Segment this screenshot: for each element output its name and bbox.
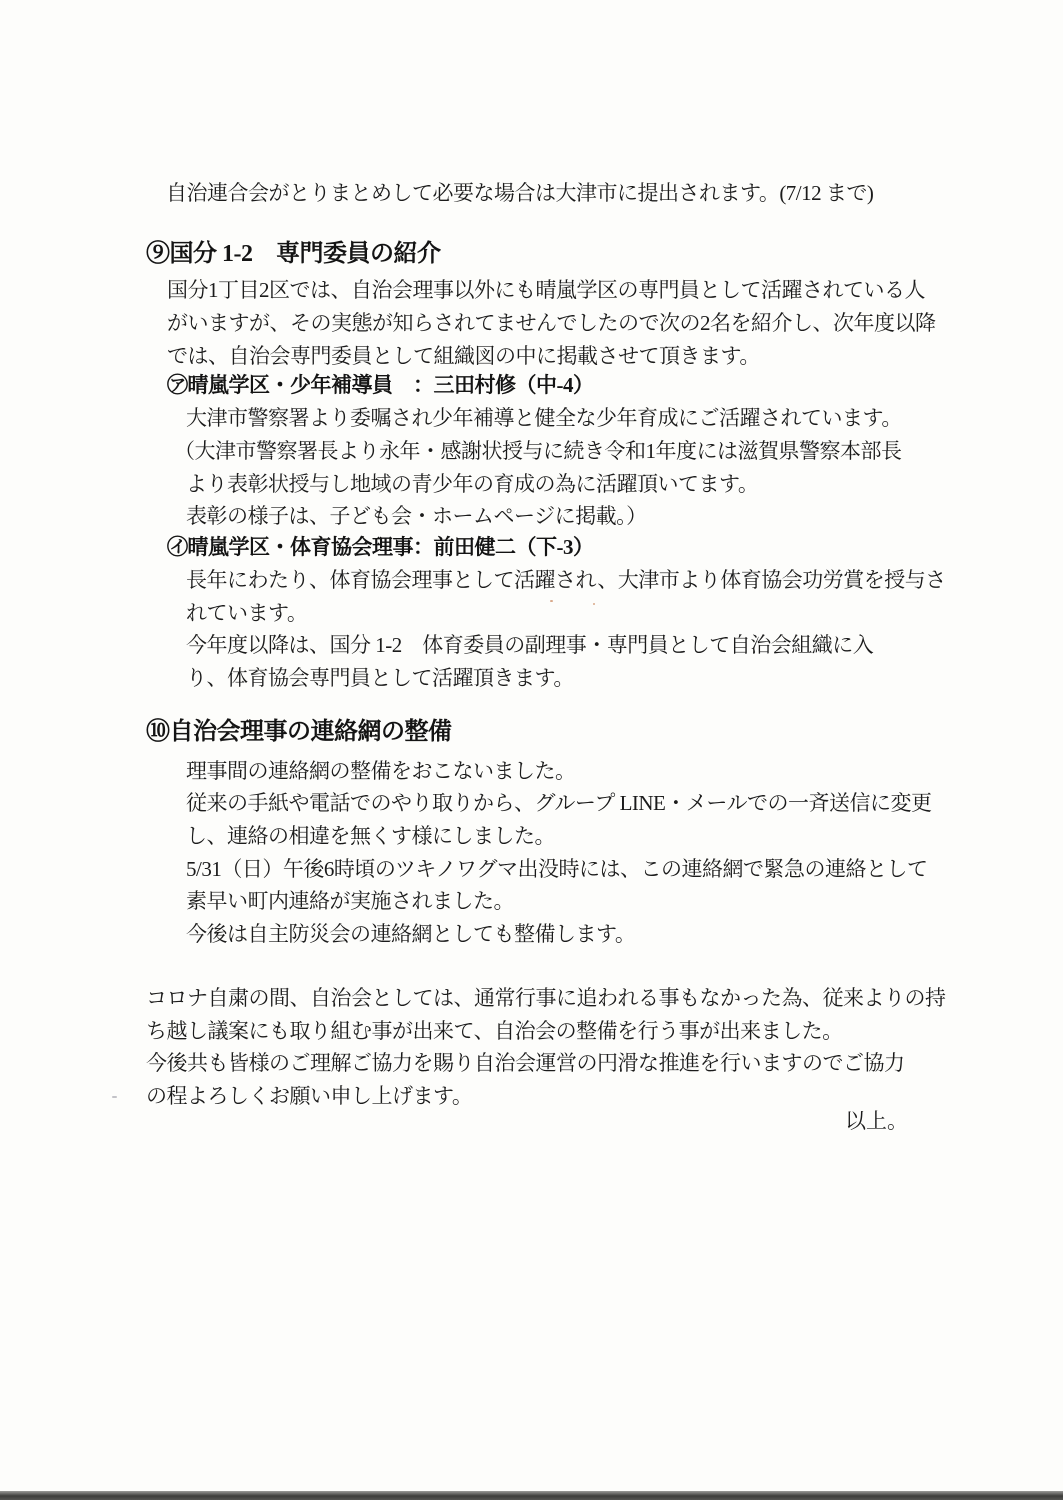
item-a-line: 表彰の様子は、子ども会・ホームページに掲載。） (186, 503, 647, 529)
item-i-line: り、体育協会専門員として活躍頂きます。 (186, 665, 574, 691)
section-10-line: 素早い町内連絡が実施されました。 (186, 888, 514, 914)
section-10-heading: ⑩自治会理事の連絡網の整備 (146, 718, 452, 746)
scan-speck (112, 1096, 117, 1098)
closing-line: ち越し議案にも取り組む事が出来て、自治会の整備を行う事が出来ました。 (146, 1018, 843, 1044)
item-a-heading: ㋐晴嵐学区・少年補導員 ：三田村修（中-4） (167, 372, 594, 398)
section-10-line: 従来の手紙や電話でのやり取りから、グループ LINE・メールでの一斉送信に変更 (186, 790, 931, 816)
section-10-line: 今後は自主防災会の連絡網としても整備します。 (186, 921, 635, 947)
scanner-edge-shadow (0, 1491, 1063, 1500)
section-9-heading: ⑨国分 1-2 専門委員の紹介 (146, 240, 441, 268)
scan-speck (550, 600, 553, 602)
item-a-line: 大津市警察署より委嘱され少年補導と健全な少年育成にご活躍されています。 (186, 405, 902, 431)
scanned-document-page: 自治連合会がとりまとめして必要な場合は大津市に提出されます。(7/12 まで) … (0, 0, 1063, 1500)
section-10-line: し、連絡の相違を無くす様にしました。 (186, 823, 555, 849)
intro-line: 自治連合会がとりまとめして必要な場合は大津市に提出されます。(7/12 まで) (166, 180, 873, 206)
closing-line: コロナ自粛の間、自治会としては、通常行事に追われる事もなかった為、従来よりの持 (146, 985, 946, 1011)
item-a-line: （大津市警察署長より永年・感謝状授与に続き令和1年度には滋賀県警察本部長 (174, 438, 902, 464)
sign-off: 以上。 (845, 1108, 908, 1134)
item-i-line: れています。 (186, 600, 307, 626)
section-10-line: 5/31（日）午後6時頃のツキノワグマ出没時には、この連絡網で緊急の連絡として (186, 856, 928, 882)
section-9-paragraph-line: では、自治会専門委員として組織図の中に掲載させて頂きます。 (167, 343, 760, 369)
section-9-paragraph-line: 国分1丁目2区では、自治会理事以外にも晴嵐学区の専門員として活躍されている人 (167, 277, 925, 303)
closing-line: 今後共も皆様のご理解ご協力を賜り自治会運営の円滑な推進を行いますのでご協力 (146, 1050, 905, 1076)
closing-line: の程よろしくお願い申し上げます。 (146, 1083, 472, 1109)
item-i-heading: ㋑晴嵐学区・体育協会理事：前田健二（下-3） (167, 534, 594, 560)
item-i-line: 長年にわたり、体育協会理事として活躍され、大津市より体育協会功労賞を授与さ (186, 567, 946, 593)
scan-speck (593, 603, 595, 605)
item-i-line: 今年度以降は、国分 1-2 体育委員の副理事・専門員として自治会組織に入 (186, 632, 873, 658)
section-9-paragraph-line: がいますが、その実態が知らされてませんでしたので次の2名を紹介し、次年度以降 (167, 310, 936, 336)
section-10-line: 理事間の連絡網の整備をおこないました。 (186, 758, 576, 784)
item-a-line: より表彰状授与し地域の青少年の育成の為に活躍頂いてます。 (186, 471, 758, 497)
